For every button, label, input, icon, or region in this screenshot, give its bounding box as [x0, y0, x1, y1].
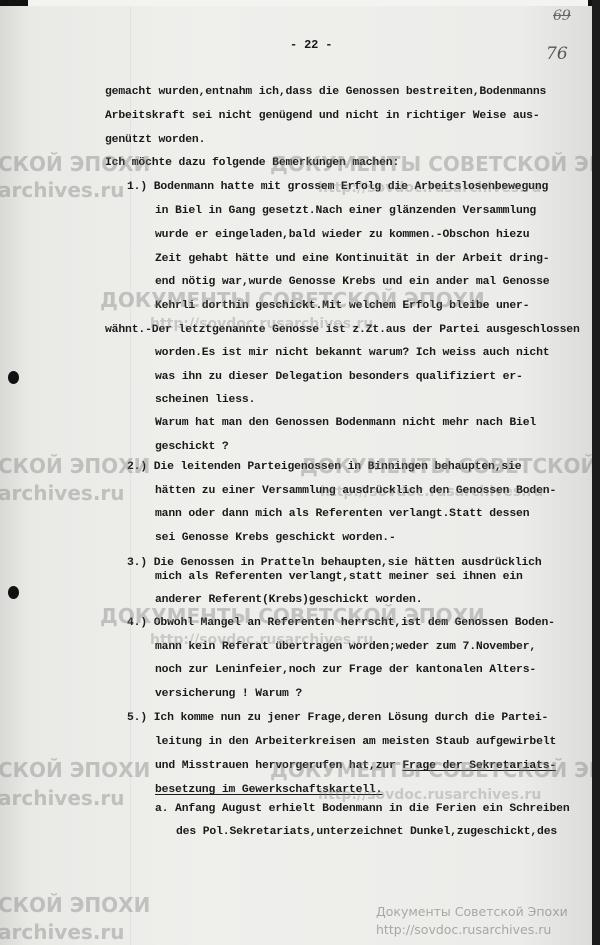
text-line: end nötig war,wurde Genosse Krebs und ei…	[155, 276, 549, 288]
text-line-content: leitung in den Arbeiterkreisen am meiste…	[155, 736, 556, 748]
text-line: des Pol.Sekretariats,unterzeichnet Dunke…	[176, 826, 557, 838]
text-line: 3.) Die Genossen in Pratteln behaupten,s…	[127, 557, 542, 569]
text-line-content: genützt worden.	[105, 134, 205, 146]
watermark-title: ДОКУМЕНТЫ СОВЕТСКОЙ ЭПОХИ	[270, 758, 592, 782]
watermark-title: ДОКУМЕНТЫ СОВЕТСКОЙ ЭПОХИ	[300, 454, 592, 478]
text-line: genützt worden.	[105, 134, 205, 146]
text-line-content: versicherung ! Warum ?	[155, 688, 302, 700]
text-line-content: Arbeitskraft sei nicht genügend und nich…	[105, 110, 540, 122]
watermark-footer-url: http://sovdoc.rusarchives.ru	[376, 922, 551, 937]
text-line: versicherung ! Warum ?	[155, 688, 302, 700]
archive-number-crossed-out: 69	[553, 8, 571, 24]
watermark-url: http://sovdoc.rusarchives.ru	[318, 180, 541, 196]
text-line-content: mich als Referenten verlangt,statt meine…	[155, 571, 523, 583]
watermark-url-fragment: archives.ru	[0, 920, 125, 944]
watermark-url: http://sovdoc.rusarchives.ru	[318, 787, 541, 803]
punch-hole-icon	[8, 371, 19, 384]
text-line-content: in Biel in Gang gesetzt.Nach einer glänz…	[155, 205, 536, 217]
watermark-title: ДОКУМЕНТЫ СОВЕТСКОЙ ЭПОХИ	[270, 152, 592, 176]
watermark-fragment: СКОЙ ЭПОХИ	[0, 454, 150, 478]
text-line-content: scheinen liess.	[155, 394, 255, 406]
text-line: gemacht wurden,entnahm ich,dass die Geno…	[105, 86, 546, 98]
text-line-content: geschickt ?	[155, 441, 229, 453]
watermark-url-fragment: archives.ru	[0, 178, 125, 202]
text-line-content: sei Genosse Krebs geschickt worden.-	[155, 532, 396, 544]
text-line-content: Warum hat man den Genossen Bodenmann nic…	[155, 417, 536, 429]
text-line: worden.Es ist mir nicht bekannt warum? I…	[155, 347, 549, 359]
text-line: Zeit gehabt hätte und eine Kontinuität i…	[155, 253, 549, 265]
text-line-content: gemacht wurden,entnahm ich,dass die Geno…	[105, 86, 546, 98]
text-line: Arbeitskraft sei nicht genügend und nich…	[105, 110, 540, 122]
text-line: noch zur Leninfeier,noch zur Frage der k…	[155, 664, 536, 676]
text-line: in Biel in Gang gesetzt.Nach einer glänz…	[155, 205, 536, 217]
text-line: a. Anfang August erhielt Bodenmann in di…	[155, 803, 570, 815]
text-line: wurde er eingeladen,bald wieder zu komme…	[155, 229, 529, 241]
watermark-fragment: СКОЙ ЭПОХИ	[0, 152, 150, 176]
text-line-content: 3.) Die Genossen in Pratteln behaupten,s…	[127, 557, 542, 569]
watermark-url: http://sovdoc.rusarchives.ru	[150, 316, 373, 332]
page-number: - 22 -	[290, 38, 332, 52]
watermark-footer-title: Документы Советской Эпохи	[376, 904, 568, 919]
text-line-content: 5.) Ich komme nun zu jener Frage,deren L…	[127, 712, 548, 724]
text-line: mich als Referenten verlangt,statt meine…	[155, 571, 523, 583]
text-line-content: was ihn zu dieser Delegation besonders q…	[155, 371, 523, 383]
scan-right-edge	[592, 0, 600, 945]
watermark-title: ДОКУМЕНТЫ СОВЕТСКОЙ ЭПОХИ	[100, 604, 485, 628]
text-line-content: wurde er eingeladen,bald wieder zu komme…	[155, 229, 529, 241]
text-line-content: Zeit gehabt hätte und eine Kontinuität i…	[155, 253, 549, 265]
document-page: - 22 - 69 76 gemacht wurden,entnahm ich,…	[0, 0, 592, 945]
text-line: Warum hat man den Genossen Bodenmann nic…	[155, 417, 536, 429]
text-line: mann oder dann mich als Referenten verla…	[155, 508, 529, 520]
scan-top-edge	[0, 0, 592, 6]
watermark-url: http://sovdoc.rusarchives.ru	[320, 484, 543, 500]
text-line: 5.) Ich komme nun zu jener Frage,deren L…	[127, 712, 548, 724]
text-line-content: des Pol.Sekretariats,unterzeichnet Dunke…	[176, 826, 557, 838]
text-line: leitung in den Arbeiterkreisen am meiste…	[155, 736, 556, 748]
watermark-url: http://sovdoc.rusarchives.ru	[150, 632, 373, 648]
watermark-fragment: СКОЙ ЭПОХИ	[0, 893, 150, 917]
text-line-content: mann oder dann mich als Referenten verla…	[155, 508, 529, 520]
text-line-content: a. Anfang August erhielt Bodenmann in di…	[155, 803, 570, 815]
watermark-title: ДОКУМЕНТЫ СОВЕТСКОЙ ЭПОХИ	[100, 288, 485, 312]
text-line: scheinen liess.	[155, 394, 255, 406]
punch-hole-icon	[8, 586, 19, 599]
text-line: geschickt ?	[155, 441, 229, 453]
watermark-fragment: СКОЙ ЭПОХИ	[0, 758, 150, 782]
text-line-content: noch zur Leninfeier,noch zur Frage der k…	[155, 664, 536, 676]
text-line-content: worden.Es ist mir nicht bekannt warum? I…	[155, 347, 549, 359]
watermark-url-fragment: archives.ru	[0, 786, 125, 810]
watermark-url-fragment: archives.ru	[0, 481, 125, 505]
text-line-content: end nötig war,wurde Genosse Krebs und ei…	[155, 276, 549, 288]
text-line: was ihn zu dieser Delegation besonders q…	[155, 371, 523, 383]
archive-number: 76	[546, 44, 568, 64]
text-line: sei Genosse Krebs geschickt worden.-	[155, 532, 396, 544]
